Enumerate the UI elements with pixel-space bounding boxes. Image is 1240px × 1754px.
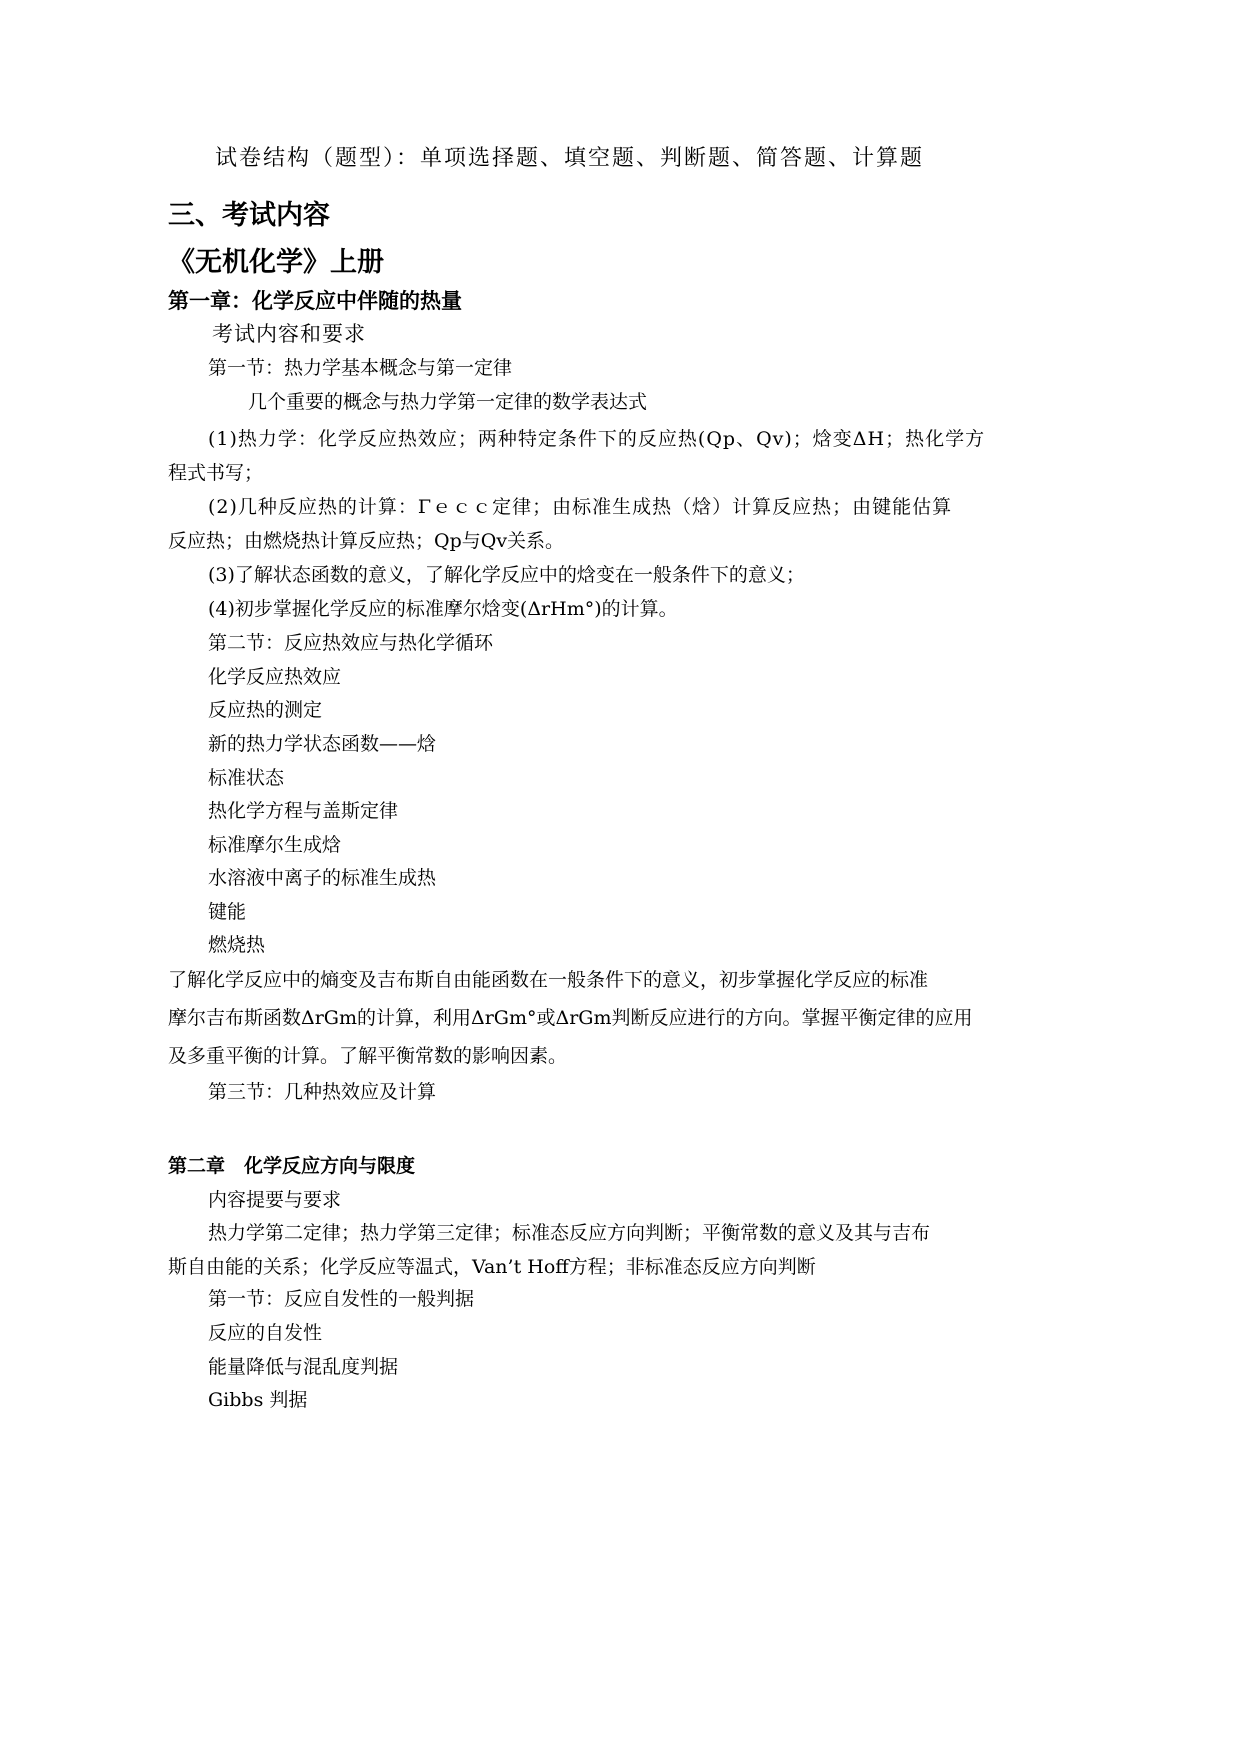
ch1-sec2-item: 水溶液中离子的标准生成热 xyxy=(208,863,436,890)
ch2-summary-line1: 热力学第二定律；热力学第三定律；标准态反应方向判断；平衡常数的意义及其与吉布 xyxy=(208,1218,930,1245)
ch1-sec2-item: 标准摩尔生成焓 xyxy=(208,830,341,857)
ch2-summary-line2: 斯自由能的关系；化学反应等温式，Van’t Hoff方程；非标准态反应方向判断 xyxy=(168,1252,816,1279)
ch1-sec2-item: 新的热力学状态函数——焓 xyxy=(208,729,436,756)
ch1-sec1-title: 第一节：热力学基本概念与第一定律 xyxy=(208,353,512,380)
chapter1-subtitle: 考试内容和要求 xyxy=(212,318,366,348)
ch1-paragraph-line3: 及多重平衡的计算。了解平衡常数的影响因素。 xyxy=(168,1041,567,1068)
ch1-sec2-item: 热化学方程与盖斯定律 xyxy=(208,796,398,823)
ch2-sec1-item: Gibbs 判据 xyxy=(208,1385,307,1412)
ch1-sec2-title: 第二节：反应热效应与热化学循环 xyxy=(208,628,493,655)
ch1-paragraph-line1: 了解化学反应中的熵变及吉布斯自由能函数在一般条件下的意义，初步掌握化学反应的标准 xyxy=(168,965,928,992)
ch2-sec1-item: 反应的自发性 xyxy=(208,1318,322,1345)
chapter2-title: 第二章 化学反应方向与限度 xyxy=(168,1151,415,1178)
ch1-sec3-title: 第三节：几种热效应及计算 xyxy=(208,1077,436,1104)
chapter2-subtitle: 内容提要与要求 xyxy=(208,1185,341,1212)
ch1-sec1-item2-line1: (2)几种反应热的计算：Γｅｃｃ定律；由标准生成热（焓）计算反应热；由键能估算 xyxy=(208,492,952,519)
exam-structure: 试卷结构（题型）：单项选择题、填空题、判断题、简答题、计算题 xyxy=(215,141,924,172)
ch1-sec2-item: 键能 xyxy=(208,897,246,924)
ch1-sec1-item2-line2: 反应热；由燃烧热计算反应热；Qp与Qv关系。 xyxy=(168,526,564,553)
ch1-paragraph-line2: 摩尔吉布斯函数ΔrGm的计算，利用ΔrGm°或ΔrGm判断反应进行的方向。掌握平… xyxy=(168,1003,973,1030)
book-title: 《无机化学》上册 xyxy=(168,240,384,279)
ch1-sec1-item3: (3)了解状态函数的意义，了解化学反应中的焓变在一般条件下的意义； xyxy=(208,560,805,587)
ch1-sec2-item: 化学反应热效应 xyxy=(208,662,341,689)
ch1-sec2-item: 反应热的测定 xyxy=(208,695,322,722)
ch2-sec1-item: 能量降低与混乱度判据 xyxy=(208,1352,398,1379)
ch1-sec2-item: 标准状态 xyxy=(208,763,284,790)
ch1-sec1-subtitle: 几个重要的概念与热力学第一定律的数学表达式 xyxy=(248,387,647,414)
ch1-sec1-item1-line2: 程式书写； xyxy=(168,458,263,485)
ch1-sec2-item: 燃烧热 xyxy=(208,930,265,957)
ch1-sec1-item4: (4)初步掌握化学反应的标准摩尔焓变(ΔrHm°)的计算。 xyxy=(208,594,678,621)
ch2-sec1-title: 第一节：反应自发性的一般判据 xyxy=(208,1284,474,1311)
chapter1-title: 第一章：化学反应中伴随的热量 xyxy=(168,285,462,315)
ch1-sec1-item1-line1: (1)热力学：化学反应热效应；两种特定条件下的反应热(Qp、Qv)；焓变ΔH；热… xyxy=(208,424,985,451)
section-title: 三、考试内容 xyxy=(168,193,330,232)
